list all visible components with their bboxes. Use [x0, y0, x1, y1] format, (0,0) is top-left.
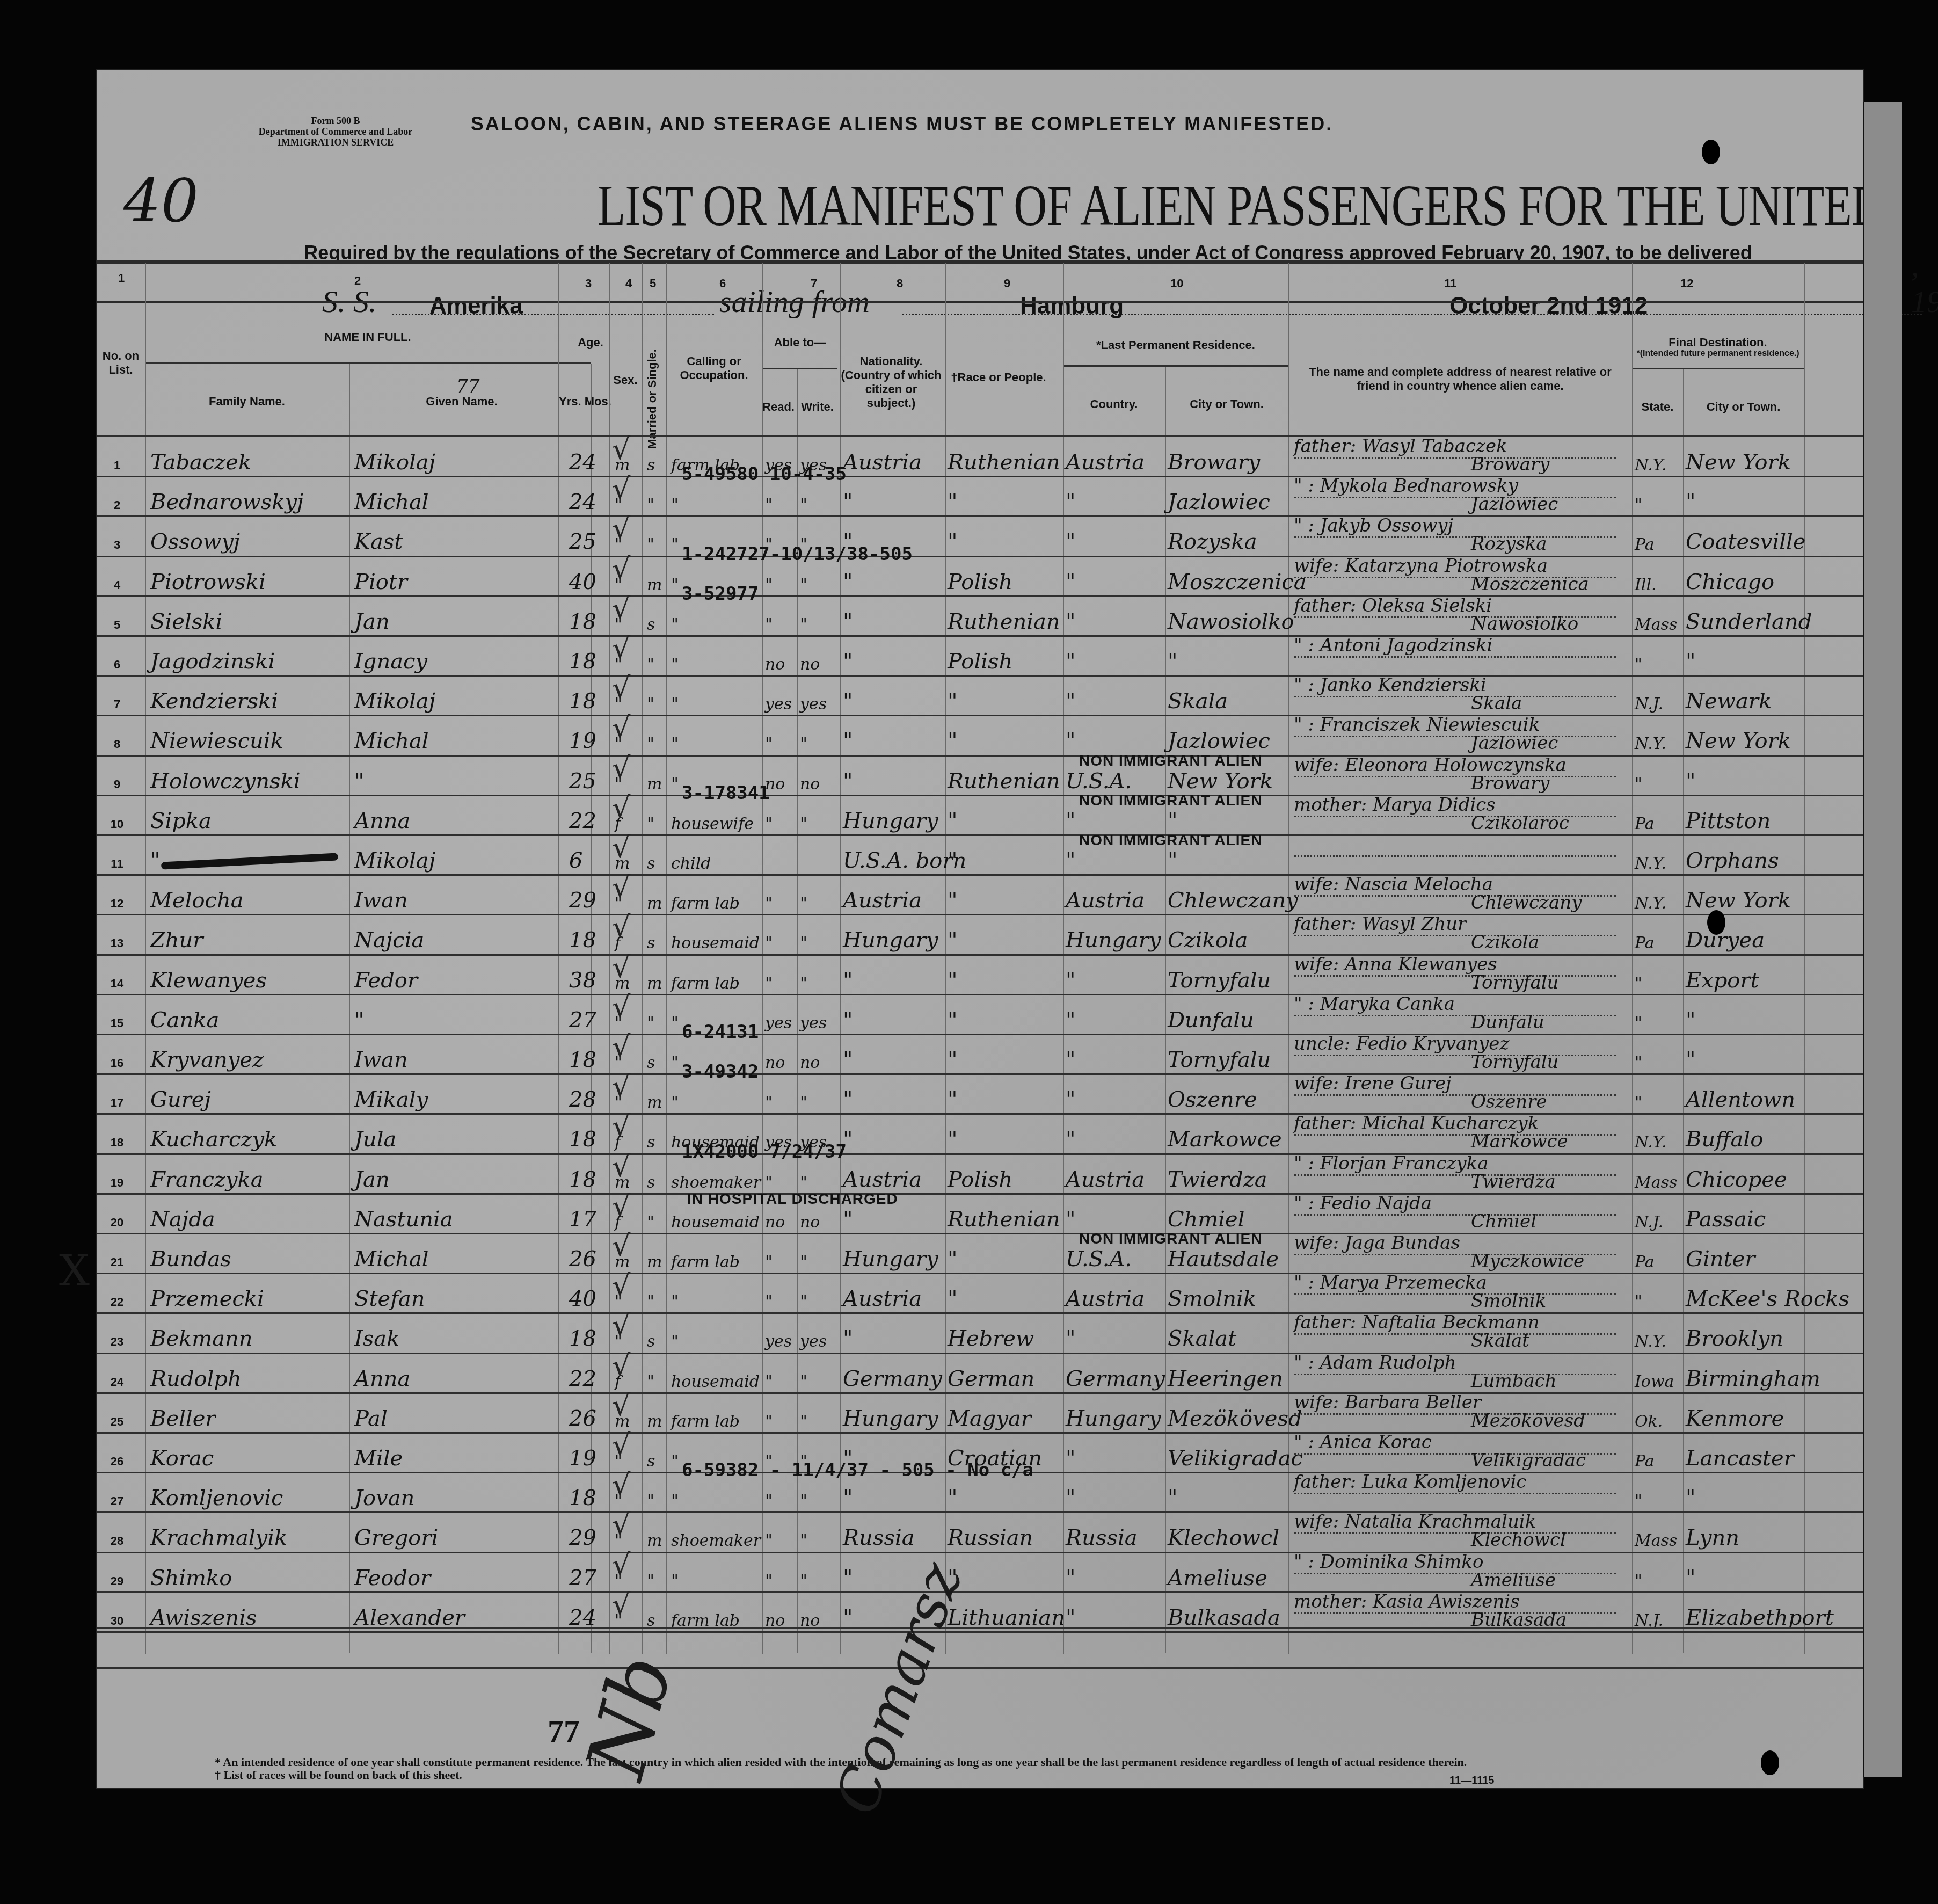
occupation: housemaid — [671, 1213, 760, 1232]
checkmark-icon: √ — [612, 472, 630, 506]
checkmark-icon: √ — [612, 831, 630, 864]
dest-city: Kenmore — [1686, 1406, 1784, 1431]
age: 24 — [569, 450, 596, 475]
given-name: Fedor — [354, 968, 418, 993]
page-title: LIST OR MANIFEST OF ALIEN PASSENGERS FOR… — [542, 172, 1884, 239]
can-read: " — [765, 735, 773, 753]
checkmark-icon: √ — [612, 1428, 630, 1462]
residence-city: Dunfalu — [1168, 1008, 1254, 1033]
given-name: Jan — [354, 1167, 390, 1192]
residence-country: Hungary — [1066, 928, 1161, 953]
relative-city: Chmiel — [1471, 1211, 1536, 1232]
can-read: no — [765, 655, 785, 674]
checkmark-icon: √ — [612, 432, 630, 466]
dest-state: Pa — [1635, 934, 1655, 953]
header-relative: The name and complete address of nearest… — [1299, 365, 1621, 393]
dest-state: Mass — [1635, 1531, 1677, 1550]
given-name: Jovan — [354, 1486, 414, 1510]
row-number: 15 — [106, 1016, 128, 1030]
relative-city: Myczkowice — [1471, 1251, 1584, 1272]
relative-city: Tornyfalu — [1471, 972, 1559, 993]
row-number: 23 — [106, 1335, 128, 1349]
residence-country: Austria — [1066, 888, 1145, 913]
row-number: 26 — [106, 1455, 128, 1469]
row-number: 6 — [106, 658, 128, 672]
relative-city: Twierdza — [1471, 1171, 1556, 1193]
dest-city: Coatesville — [1686, 529, 1805, 554]
occupation: " — [671, 1452, 679, 1471]
can-read: " — [765, 1572, 773, 1590]
family-name: Bundas — [150, 1247, 231, 1271]
can-write: " — [800, 1572, 807, 1590]
given-name: Alexander — [354, 1605, 465, 1630]
row-number: 16 — [106, 1056, 128, 1070]
relative-city: Moszczenica — [1471, 573, 1589, 595]
row-number: 8 — [106, 737, 128, 751]
dest-city: " — [1686, 1486, 1695, 1510]
marital-status: m — [647, 894, 662, 913]
checkmark-icon: √ — [612, 791, 630, 825]
nationality: Hungary — [843, 928, 938, 953]
dest-city: " — [1686, 769, 1695, 794]
occupation: " — [671, 1492, 679, 1510]
age: 18 — [569, 1048, 596, 1072]
residence-country: " — [1066, 848, 1075, 873]
marital-status: m — [647, 576, 662, 594]
marital-status: " — [647, 1292, 654, 1311]
can-read: " — [765, 974, 773, 993]
file-annotation: 6-59382 - 11/4/37 - 505 - No c/a — [682, 1459, 1033, 1481]
header-state: State. — [1632, 400, 1683, 414]
row-number: 24 — [106, 1375, 128, 1389]
sailing-date: October 2nd 1912 — [1449, 293, 1648, 319]
header-name-in-full: NAME IN FULL. — [145, 330, 591, 344]
can-write: no — [800, 655, 820, 674]
can-write: " — [800, 1531, 807, 1550]
occupation: " — [671, 735, 679, 753]
race: " — [948, 968, 957, 993]
residence-city: Tornyfalu — [1168, 1048, 1271, 1072]
residence-city: Jazlowiec — [1168, 490, 1270, 514]
residence-city: Smolnik — [1168, 1287, 1256, 1311]
can-read: no — [765, 1053, 785, 1072]
dest-city: " — [1686, 1048, 1695, 1072]
table-row: 28KrachmalyikGregori29"mshoemaker""Russi… — [97, 1513, 1863, 1553]
table-row: 9Holowczynski"25"m"nono"RuthenianU.S.A.N… — [97, 757, 1863, 797]
marital-status: " — [647, 1014, 654, 1033]
residence-city: New York — [1168, 769, 1273, 794]
marital-status: s — [647, 1133, 655, 1152]
age: 22 — [569, 1367, 596, 1391]
relative-name: " : Adam Rudolph — [1294, 1352, 1456, 1374]
residence-city: " — [1168, 1486, 1177, 1510]
residence-country: " — [1066, 1127, 1075, 1152]
table-row: 2BednarowskyjMichal24""""""""Jazlowiec""… — [97, 477, 1863, 518]
family-name: Gurej — [150, 1087, 211, 1112]
relative-city: Lumbach — [1471, 1370, 1557, 1392]
marital-status: m — [647, 1412, 662, 1431]
column-number: 6 — [719, 277, 726, 290]
can-write: no — [800, 1213, 820, 1232]
nationality: " — [843, 968, 853, 993]
can-write: " — [800, 615, 807, 634]
residence-country: " — [1066, 1048, 1075, 1072]
given-name: Mikolaj — [354, 450, 435, 475]
family-name: Holowczynski — [150, 769, 300, 794]
given-name: Mikolaj — [354, 689, 435, 714]
residence-country: Austria — [1066, 450, 1145, 475]
given-name: Anna — [354, 1367, 410, 1391]
handwritten-page-number: 40 — [123, 166, 199, 235]
occupation: housemaid — [671, 934, 760, 953]
given-name: Kast — [354, 529, 403, 554]
relative-city: Jazlowiec — [1471, 732, 1558, 754]
marital-status: " — [647, 735, 654, 753]
dest-state: N.Y. — [1635, 854, 1666, 873]
sheet-marking: 77 — [456, 376, 479, 397]
dest-city: " — [1686, 1008, 1695, 1033]
relative-city: Ameliuse — [1471, 1569, 1556, 1591]
family-name: Kendzierski — [150, 689, 278, 714]
table-row: 27KomljenovicJovan18"""""""""""father: L… — [97, 1473, 1863, 1514]
given-name: Anna — [354, 809, 410, 833]
race: " — [948, 1087, 957, 1112]
dest-state: " — [1635, 974, 1642, 993]
age: 40 — [569, 1287, 596, 1311]
file-annotation: 6-24131 — [682, 1021, 759, 1043]
race: " — [948, 1127, 957, 1152]
marital-status: s — [647, 1452, 655, 1471]
residence-country: " — [1066, 490, 1075, 514]
checkmark-icon: √ — [612, 512, 630, 546]
race: Ruthenian — [948, 609, 1060, 634]
residence-city: " — [1168, 649, 1177, 674]
can-read: " — [765, 1292, 773, 1311]
can-write: " — [800, 1412, 807, 1431]
relative-name: wife: Jaga Bundas — [1294, 1232, 1460, 1254]
column-number: 10 — [1170, 277, 1183, 290]
row-number: 19 — [106, 1176, 128, 1190]
checkmark-icon: √ — [612, 1150, 630, 1183]
given-name: Stefan — [354, 1287, 425, 1311]
dest-state: " — [1635, 775, 1642, 794]
table-row: 13ZhurNajcia18fshousemaid""Hungary"Hunga… — [97, 915, 1863, 956]
relative-name: father: Wasyl Zhur — [1294, 913, 1466, 935]
checkmark-icon: √ — [612, 1468, 630, 1502]
punch-hole — [1702, 140, 1720, 164]
nationality: " — [843, 769, 853, 794]
strike-through-mark — [161, 853, 338, 869]
checkmark-icon: √ — [612, 631, 630, 665]
can-read: " — [765, 576, 773, 594]
occupation: shoemaker — [671, 1531, 761, 1550]
table-row: 23BekmannIsak18"s"yesyes"Hebrew"SkalatN.… — [97, 1314, 1863, 1354]
header-dest-city: City or Town. — [1683, 400, 1804, 414]
manifest-sheet: Form 500 B Department of Commerce and La… — [97, 70, 1863, 1788]
can-write: " — [800, 1253, 807, 1271]
table-row: 6JagodzinskiIgnacy18"""nono"Polish""""" … — [97, 637, 1863, 677]
dest-state: Pa — [1635, 815, 1655, 833]
nationality: Austria — [843, 1287, 922, 1311]
row-number: 2 — [106, 498, 128, 512]
can-write: " — [800, 1292, 807, 1311]
relative-name: wife: Barbara Beller — [1294, 1392, 1481, 1413]
header-read: Read. — [760, 400, 797, 414]
can-write: " — [800, 974, 807, 993]
residence-country: " — [1066, 968, 1075, 993]
occupation: " — [671, 695, 679, 714]
residence-country: " — [1066, 1605, 1075, 1630]
family-name: Rudolph — [150, 1367, 242, 1391]
relative-name: father: Luka Komljenovic — [1294, 1471, 1526, 1493]
occupation: " — [671, 535, 679, 554]
marital-status: " — [647, 535, 654, 554]
row-number: 29 — [106, 1574, 128, 1588]
family-name: Melocha — [150, 888, 244, 913]
marital-status: m — [647, 775, 662, 794]
residence-city: Rozyska — [1168, 529, 1257, 554]
table-row: 5SielskiJan18"s""""Ruthenian"NawosiolkoM… — [97, 597, 1863, 637]
residence-country: Hungary — [1066, 1406, 1161, 1431]
nationality: Austria — [843, 888, 922, 913]
family-name: Najda — [150, 1207, 215, 1232]
residence-city: Chmiel — [1168, 1207, 1245, 1232]
relative-name: " : Fedio Najda — [1294, 1193, 1432, 1214]
family-name: Zhur — [150, 928, 203, 953]
header-race: †Race or People. — [945, 370, 1052, 384]
residence-country: " — [1066, 1207, 1075, 1232]
nationality: " — [843, 1486, 853, 1510]
dest-city: Buffalo — [1686, 1127, 1763, 1152]
race: " — [948, 1486, 957, 1510]
residence-city: Jazlowiec — [1168, 729, 1270, 753]
checkmark-icon: √ — [612, 910, 630, 944]
can-write: " — [800, 1492, 807, 1510]
dest-city: Chicago — [1686, 570, 1774, 594]
table-row: 20NajdaNastunia17f"housemaidnono"Rutheni… — [97, 1195, 1863, 1235]
service-name: IMMIGRATION SERVICE — [258, 137, 413, 148]
checkmark-icon: √ — [612, 1109, 630, 1143]
relative-city: Smolnik — [1471, 1290, 1546, 1312]
relative-name: " : Marya Przemecka — [1294, 1272, 1487, 1293]
family-name: Klewanyes — [150, 968, 267, 993]
column-number: 3 — [585, 277, 592, 290]
occupation: " — [671, 1093, 679, 1112]
residence-country: " — [1066, 529, 1075, 554]
age: 18 — [569, 689, 596, 714]
header-sex: Sex. — [609, 373, 642, 387]
header-calling: Calling or Occupation. — [671, 354, 757, 382]
can-write: " — [800, 1093, 807, 1112]
footnotes: * An intended residence of one year shal… — [215, 1756, 1825, 1782]
occupation: " — [671, 1332, 679, 1351]
dest-state: Pa — [1635, 535, 1655, 554]
occupation: " — [671, 1572, 679, 1590]
marital-status: s — [647, 1053, 655, 1072]
can-read: " — [765, 1253, 773, 1271]
table-row: 15Canka"27"""yesyes"""Dunfalu""" : Maryk… — [97, 995, 1863, 1036]
column-number: 12 — [1680, 277, 1693, 290]
row-number: 1 — [106, 459, 128, 473]
dest-state: " — [1635, 1014, 1642, 1033]
nationality: " — [843, 1207, 853, 1232]
header-nationality: Nationality. (Country of which citizen o… — [840, 354, 942, 410]
dest-state: " — [1635, 496, 1642, 514]
age: 18 — [569, 1486, 596, 1510]
checkmark-icon: √ — [612, 1349, 630, 1383]
row-number: 13 — [106, 936, 128, 950]
residence-country: " — [1066, 809, 1075, 833]
table-row: 7KendzierskiMikolaj18"""yesyes"""SkalaN.… — [97, 677, 1863, 717]
family-name: Jagodzinski — [150, 649, 275, 674]
checkmark-icon: √ — [612, 1030, 630, 1064]
dest-city: Duryea — [1686, 928, 1765, 953]
age: 18 — [569, 928, 596, 953]
relative-city: Chlewczany — [1471, 892, 1582, 913]
status-stamp: NON IMMIGRANT ALIEN — [1079, 752, 1263, 769]
dest-state: " — [1635, 1292, 1642, 1311]
marital-status: " — [647, 655, 654, 674]
dest-city: New York — [1686, 888, 1791, 913]
family-name: Tabaczek — [150, 450, 251, 475]
residence-city: Skala — [1168, 689, 1228, 714]
family-name: Kucharczyk — [150, 1127, 277, 1152]
family-name: Piotrowski — [150, 570, 266, 594]
can-read: yes — [765, 695, 792, 714]
relative-city: Dunfalu — [1471, 1012, 1544, 1033]
race: Polish — [948, 570, 1012, 594]
marital-status: s — [647, 456, 655, 475]
residence-city: Ameliuse — [1168, 1566, 1267, 1590]
table-row: 14KlewanyesFedor38mmfarm lab"""""Tornyfa… — [97, 956, 1863, 996]
dest-state: Pa — [1635, 1452, 1655, 1471]
given-name: Mile — [354, 1446, 403, 1471]
age: 6 — [569, 848, 582, 873]
family-name: Bekmann — [150, 1326, 253, 1351]
dest-state: " — [1635, 1572, 1642, 1590]
checkmark-icon: √ — [612, 671, 630, 705]
dest-state: " — [1635, 655, 1642, 674]
marital-status: m — [647, 1531, 662, 1550]
status-stamp: NON IMMIGRANT ALIEN — [1079, 792, 1263, 809]
race: " — [948, 529, 957, 554]
occupation: " — [671, 615, 679, 634]
dest-state: Pa — [1635, 1253, 1655, 1271]
occupation: child — [671, 854, 711, 873]
dest-city: Elizabethport — [1686, 1605, 1834, 1630]
race: Polish — [948, 649, 1012, 674]
checkmark-icon: √ — [612, 592, 630, 626]
checkmark-icon: √ — [612, 1269, 630, 1303]
file-annotation: 3-52977 — [682, 583, 759, 605]
header-yrs-mos: Yrs. Mos. — [558, 395, 612, 409]
race: Russian — [948, 1525, 1033, 1550]
column-number: 1 — [118, 271, 125, 285]
relative-name: " : Maryka Canka — [1294, 993, 1455, 1015]
relative-city: Jazlowiec — [1471, 493, 1558, 515]
dest-city: Pittston — [1686, 809, 1771, 833]
checkmark-icon: √ — [612, 990, 630, 1024]
residence-country: " — [1066, 1566, 1075, 1590]
residence-city: " — [1168, 848, 1177, 873]
file-annotation: 3-49342 — [682, 1061, 759, 1082]
residence-city: Moszczenica — [1168, 570, 1307, 594]
dest-state: Ill. — [1635, 576, 1657, 594]
status-stamp: NON IMMIGRANT ALIEN — [1079, 1230, 1263, 1247]
residence-country: " — [1066, 1446, 1075, 1471]
row-number: 12 — [106, 897, 128, 911]
race: " — [948, 1048, 957, 1072]
table-row: 11"Mikolaj6mschildU.S.A. born"""N.Y.Orph… — [97, 836, 1863, 876]
family-name: Kryvanyez — [150, 1048, 264, 1072]
occupation: " — [671, 655, 679, 674]
residence-country: " — [1066, 729, 1075, 753]
nationality: Germany — [843, 1367, 942, 1391]
family-name: " — [150, 848, 160, 873]
dest-city: Sunderland — [1686, 609, 1812, 634]
age: 25 — [569, 769, 596, 794]
relative-name: " : Dominika Shimko — [1294, 1551, 1483, 1573]
column-number: 9 — [1004, 277, 1010, 290]
residence-country: " — [1066, 1008, 1075, 1033]
dest-state: N.Y. — [1635, 1133, 1666, 1152]
dest-city: Ginter — [1686, 1247, 1755, 1271]
residence-country: " — [1066, 1326, 1075, 1351]
checkmark-icon: √ — [612, 552, 630, 586]
left-margin-x-mark: X — [59, 1246, 90, 1296]
residence-country: " — [1066, 609, 1075, 634]
relative-city: Tornyfalu — [1471, 1051, 1559, 1073]
can-read: no — [765, 1213, 785, 1232]
given-name: Iwan — [354, 888, 408, 913]
dest-city: Export — [1686, 968, 1759, 993]
residence-country: Austria — [1066, 1167, 1145, 1192]
can-read: " — [765, 934, 773, 953]
occupation: " — [671, 496, 679, 514]
marital-status: s — [647, 1332, 655, 1351]
race: Polish — [948, 1167, 1012, 1192]
table-row: 12MelochaIwan29"mfarm lab""Austria"Austr… — [97, 876, 1863, 916]
age: 40 — [569, 570, 596, 594]
can-read: yes — [765, 1014, 792, 1033]
table-row: 25BellerPal26mmfarm lab""HungaryMagyarHu… — [97, 1394, 1863, 1434]
header-rule — [97, 260, 1863, 264]
column-number: 2 — [354, 274, 361, 288]
dest-city: " — [1686, 490, 1695, 514]
race: Ruthenian — [948, 450, 1060, 475]
marital-status: m — [647, 1253, 662, 1271]
age: 24 — [569, 1605, 596, 1630]
race: " — [948, 809, 957, 833]
relative-city: Czikola — [1471, 932, 1539, 953]
family-name: Sipka — [150, 809, 212, 833]
residence-city: Oszenre — [1168, 1087, 1257, 1112]
race: " — [948, 928, 957, 953]
table-row: 1TabaczekMikolaj24msfarm labyesyesAustri… — [97, 438, 1863, 478]
column-number: 4 — [625, 277, 632, 290]
residence-country: U.S.A. — [1066, 1247, 1132, 1271]
relative-name: mother: Marya Didics — [1294, 794, 1496, 816]
given-name: Nastunia — [354, 1207, 453, 1232]
checkmark-icon: √ — [612, 1548, 630, 1582]
residence-city: Velikigradac — [1168, 1446, 1303, 1471]
occupation: farm lab — [671, 1253, 740, 1271]
age: 27 — [569, 1008, 596, 1033]
header-age: Age. — [566, 336, 615, 350]
dest-state: N.Y. — [1635, 735, 1666, 753]
table-row: 10SipkaAnna22f"housewife""Hungary"""PaPi… — [97, 796, 1863, 837]
nationality: " — [843, 1087, 853, 1112]
